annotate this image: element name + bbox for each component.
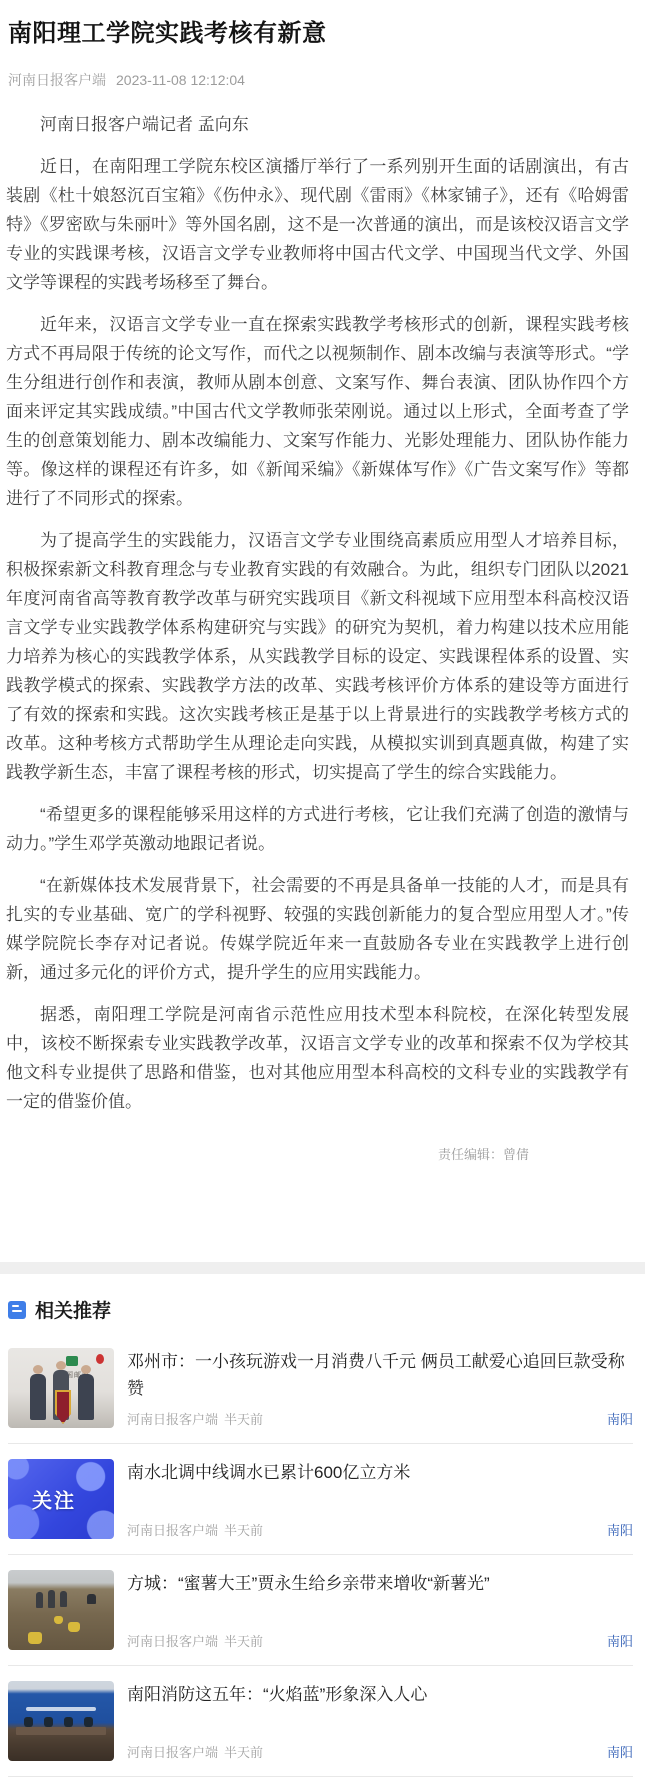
article-title: 南阳理工学院实践考核有新意 bbox=[8, 18, 629, 50]
related-item-title[interactable]: 邓州市：一小孩玩游戏一月消费八千元 俩员工献爱心追回巨款受称赞 bbox=[127, 1348, 633, 1402]
person-figure bbox=[64, 1717, 73, 1727]
related-header-title: 相关推荐 bbox=[35, 1296, 111, 1323]
article-paragraph: 近年来，汉语言文学专业一直在探索实践教学考核形式的创新，课程实践考核方式不再局限… bbox=[6, 310, 629, 513]
article-paragraph: “在新媒体技术发展背景下，社会需要的不再是具备单一技能的人才，而是具有扎实的专业… bbox=[6, 871, 629, 987]
person-figure bbox=[30, 1374, 46, 1420]
item-source: 河南日报客户端 bbox=[127, 1409, 218, 1428]
article-paragraph: 据悉，南阳理工学院是河南省示范性应用技术型本科院校，在深化转型发展中，该校不断探… bbox=[6, 1000, 629, 1116]
item-time: 半天前 bbox=[224, 1409, 263, 1428]
related-item-body: 南阳消防这五年：“火焰蓝”形象深入人心 河南日报客户端 半天前 南阳 bbox=[127, 1681, 633, 1761]
related-item[interactable]: 关注 南水北调中线调水已累计600亿立方米 河南日报客户端 半天前 南阳 bbox=[8, 1444, 633, 1555]
harvest-bag bbox=[28, 1632, 42, 1644]
red-balloon-decor bbox=[96, 1354, 104, 1364]
article-paragraph: “希望更多的课程能够采用这样的方式进行考核，它让我们充满了创造的激情与动力。”学… bbox=[6, 800, 629, 858]
related-item-title[interactable]: 方城：“蜜薯大王”贾永生给乡亲带来增收“新薯光” bbox=[127, 1570, 633, 1597]
person-figure bbox=[44, 1717, 53, 1727]
related-item-meta: 河南日报客户端 半天前 南阳 bbox=[127, 1631, 633, 1650]
harvest-bag bbox=[68, 1622, 80, 1632]
related-item-body: 南水北调中线调水已累计600亿立方米 河南日报客户端 半天前 南阳 bbox=[127, 1459, 633, 1539]
person-figure bbox=[48, 1590, 55, 1608]
person-figure bbox=[87, 1594, 96, 1604]
related-item-title[interactable]: 南阳消防这五年：“火焰蓝”形象深入人心 bbox=[127, 1681, 633, 1708]
item-time: 半天前 bbox=[224, 1742, 263, 1761]
location-tag[interactable]: 南阳 bbox=[607, 1409, 633, 1428]
editor-credit: 责任编辑：曾倩 bbox=[6, 1144, 629, 1163]
location-tag[interactable]: 南阳 bbox=[607, 1742, 633, 1761]
article-section: 南阳理工学院实践考核有新意 河南日报客户端 2023-11-08 12:12:0… bbox=[0, 0, 645, 1262]
related-item-meta: 河南日报客户端 半天前 南阳 bbox=[127, 1742, 633, 1761]
thumbnail-photo-postoffice[interactable]: 中国邮政 bbox=[8, 1348, 114, 1428]
item-source: 河南日报客户端 bbox=[127, 1520, 218, 1539]
related-item-meta: 河南日报客户端 半天前 南阳 bbox=[127, 1520, 633, 1539]
related-item-title[interactable]: 南水北调中线调水已累计600亿立方米 bbox=[127, 1459, 633, 1486]
thumbnail-photo-conference[interactable] bbox=[8, 1681, 114, 1761]
thumbnail-photo-field[interactable] bbox=[8, 1570, 114, 1650]
section-divider bbox=[0, 1262, 645, 1274]
related-item-meta: 河南日报客户端 半天前 南阳 bbox=[127, 1409, 633, 1428]
person-figure bbox=[84, 1717, 93, 1727]
article-source: 河南日报客户端 bbox=[8, 70, 106, 90]
article-paragraph: 河南日报客户端记者 孟向东 bbox=[6, 110, 629, 139]
china-post-logo bbox=[66, 1356, 78, 1366]
person-figure bbox=[36, 1592, 43, 1608]
related-item[interactable]: 南阳消防这五年：“火焰蓝”形象深入人心 河南日报客户端 半天前 南阳 bbox=[8, 1666, 633, 1777]
related-item-body: 方城：“蜜薯大王”贾永生给乡亲带来增收“新薯光” 河南日报客户端 半天前 南阳 bbox=[127, 1570, 633, 1650]
item-time: 半天前 bbox=[224, 1520, 263, 1539]
location-tag[interactable]: 南阳 bbox=[607, 1631, 633, 1650]
related-item-body: 邓州市：一小孩玩游戏一月消费八千元 俩员工献爱心追回巨款受称赞 河南日报客户端 … bbox=[127, 1348, 633, 1428]
document-icon bbox=[8, 1301, 26, 1319]
item-source: 河南日报客户端 bbox=[127, 1742, 218, 1761]
article-paragraph: 为了提高学生的实践能力，汉语言文学专业围绕高素质应用型人才培养目标，积极探索新文… bbox=[6, 526, 629, 787]
related-header: 相关推荐 bbox=[8, 1296, 633, 1323]
location-tag[interactable]: 南阳 bbox=[607, 1520, 633, 1539]
person-figure bbox=[78, 1374, 94, 1420]
article-datetime: 2023-11-08 12:12:04 bbox=[116, 72, 245, 88]
thumbnail-graphic-follow[interactable]: 关注 bbox=[8, 1459, 114, 1539]
related-section: 相关推荐 中国邮政 邓州市：一小孩玩游戏一月消费八千元 俩员工献爱心追回巨款受称… bbox=[0, 1274, 645, 1777]
related-item[interactable]: 方城：“蜜薯大王”贾永生给乡亲带来增收“新薯光” 河南日报客户端 半天前 南阳 bbox=[8, 1555, 633, 1666]
article-paragraph: 近日，在南阳理工学院东校区演播厅举行了一系列别开生面的话剧演出，有古装剧《杜十娘… bbox=[6, 152, 629, 297]
article-meta-row: 河南日报客户端 2023-11-08 12:12:04 bbox=[8, 70, 629, 90]
conference-desk bbox=[16, 1727, 106, 1735]
item-time: 半天前 bbox=[224, 1631, 263, 1650]
person-figure bbox=[24, 1717, 33, 1727]
banner-text-line bbox=[26, 1707, 96, 1711]
harvest-bag bbox=[54, 1616, 63, 1624]
item-source: 河南日报客户端 bbox=[127, 1631, 218, 1650]
person-figure bbox=[60, 1591, 67, 1607]
follow-label: 关注 bbox=[32, 1485, 76, 1514]
related-item[interactable]: 中国邮政 邓州市：一小孩玩游戏一月消费八千元 俩员工献爱心追回巨款受称赞 河南日… bbox=[8, 1333, 633, 1444]
